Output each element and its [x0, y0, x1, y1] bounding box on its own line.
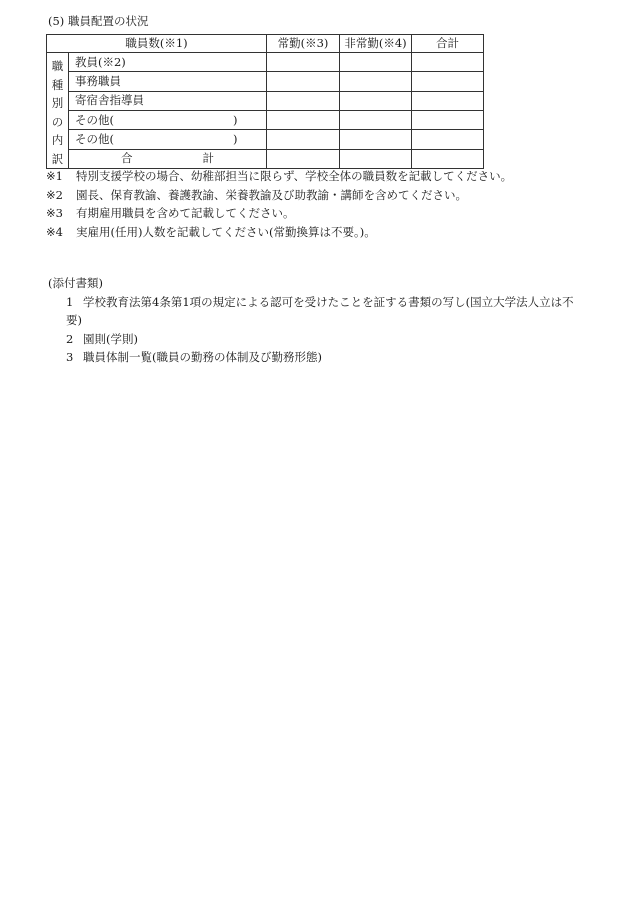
table-row: 職 種 別 の 内 訳 教員(※2): [47, 53, 484, 72]
fulltime-cell[interactable]: [267, 110, 340, 129]
header-fulltime: 常勤(※3): [267, 35, 340, 53]
table-row: 寄宿舎指導員: [47, 91, 484, 110]
total-cell[interactable]: [412, 53, 484, 72]
row-label: 寄宿舎指導員: [69, 91, 267, 110]
row-label: 事務職員: [69, 72, 267, 91]
notes: ※1特別支援学校の場合、幼稚部担当に限らず、学校全体の職員数を記載してください。…: [46, 167, 512, 241]
table-row: 事務職員: [47, 72, 484, 91]
row-label-other[interactable]: その他( ): [69, 130, 267, 149]
table-row: その他( ): [47, 130, 484, 149]
fulltime-cell[interactable]: [267, 91, 340, 110]
attachment-item-3: 3職員体制一覧(職員の勤務の体制及び勤務形態): [66, 348, 322, 367]
staff-table: 職員数(※1) 常勤(※3) 非常勤(※4) 合計 職 種 別 の 内 訳 教員…: [46, 34, 484, 169]
total-cell[interactable]: [412, 72, 484, 91]
attachments-title: (添付書類): [48, 278, 103, 290]
note-4: ※4実雇用(任用)人数を記載してください(常勤換算は不要。)。: [46, 223, 512, 242]
fulltime-cell[interactable]: [267, 53, 340, 72]
parttime-cell[interactable]: [340, 130, 412, 149]
fulltime-cell[interactable]: [267, 72, 340, 91]
note-2: ※2園長、保育教諭、養護教諭、栄養教諭及び助教諭・講師を含めてください。: [46, 186, 512, 205]
row-label-other[interactable]: その他( ): [69, 110, 267, 129]
total-row-label: 合計: [69, 149, 267, 168]
parttime-total-cell[interactable]: [340, 149, 412, 168]
fulltime-total-cell[interactable]: [267, 149, 340, 168]
parttime-cell[interactable]: [340, 53, 412, 72]
grand-total-cell[interactable]: [412, 149, 484, 168]
fulltime-cell[interactable]: [267, 130, 340, 149]
header-total: 合計: [412, 35, 484, 53]
total-cell[interactable]: [412, 110, 484, 129]
note-1: ※1特別支援学校の場合、幼稚部担当に限らず、学校全体の職員数を記載してください。: [46, 167, 512, 186]
table-row: その他( ): [47, 110, 484, 129]
total-cell[interactable]: [412, 130, 484, 149]
attachment-item-1-continuation: 要): [66, 311, 82, 330]
parttime-cell[interactable]: [340, 91, 412, 110]
row-label: 教員(※2): [69, 53, 267, 72]
total-cell[interactable]: [412, 91, 484, 110]
header-parttime: 非常勤(※4): [340, 35, 412, 53]
attachment-item-2: 2園則(学則): [66, 330, 138, 349]
table-header-row: 職員数(※1) 常勤(※3) 非常勤(※4) 合計: [47, 35, 484, 53]
parttime-cell[interactable]: [340, 110, 412, 129]
attachment-item-1: 1学校教育法第4条第1項の規定による認可を受けたことを証する書類の写し(国立大学…: [66, 293, 574, 312]
parttime-cell[interactable]: [340, 72, 412, 91]
table-total-row: 合計: [47, 149, 484, 168]
header-staff-count: 職員数(※1): [47, 35, 267, 53]
section-title: (5) 職員配置の状況: [48, 16, 148, 28]
note-3: ※3有期雇用職員を含めて記載してください。: [46, 204, 512, 223]
category-label: 職 種 別 の 内 訳: [47, 53, 69, 169]
